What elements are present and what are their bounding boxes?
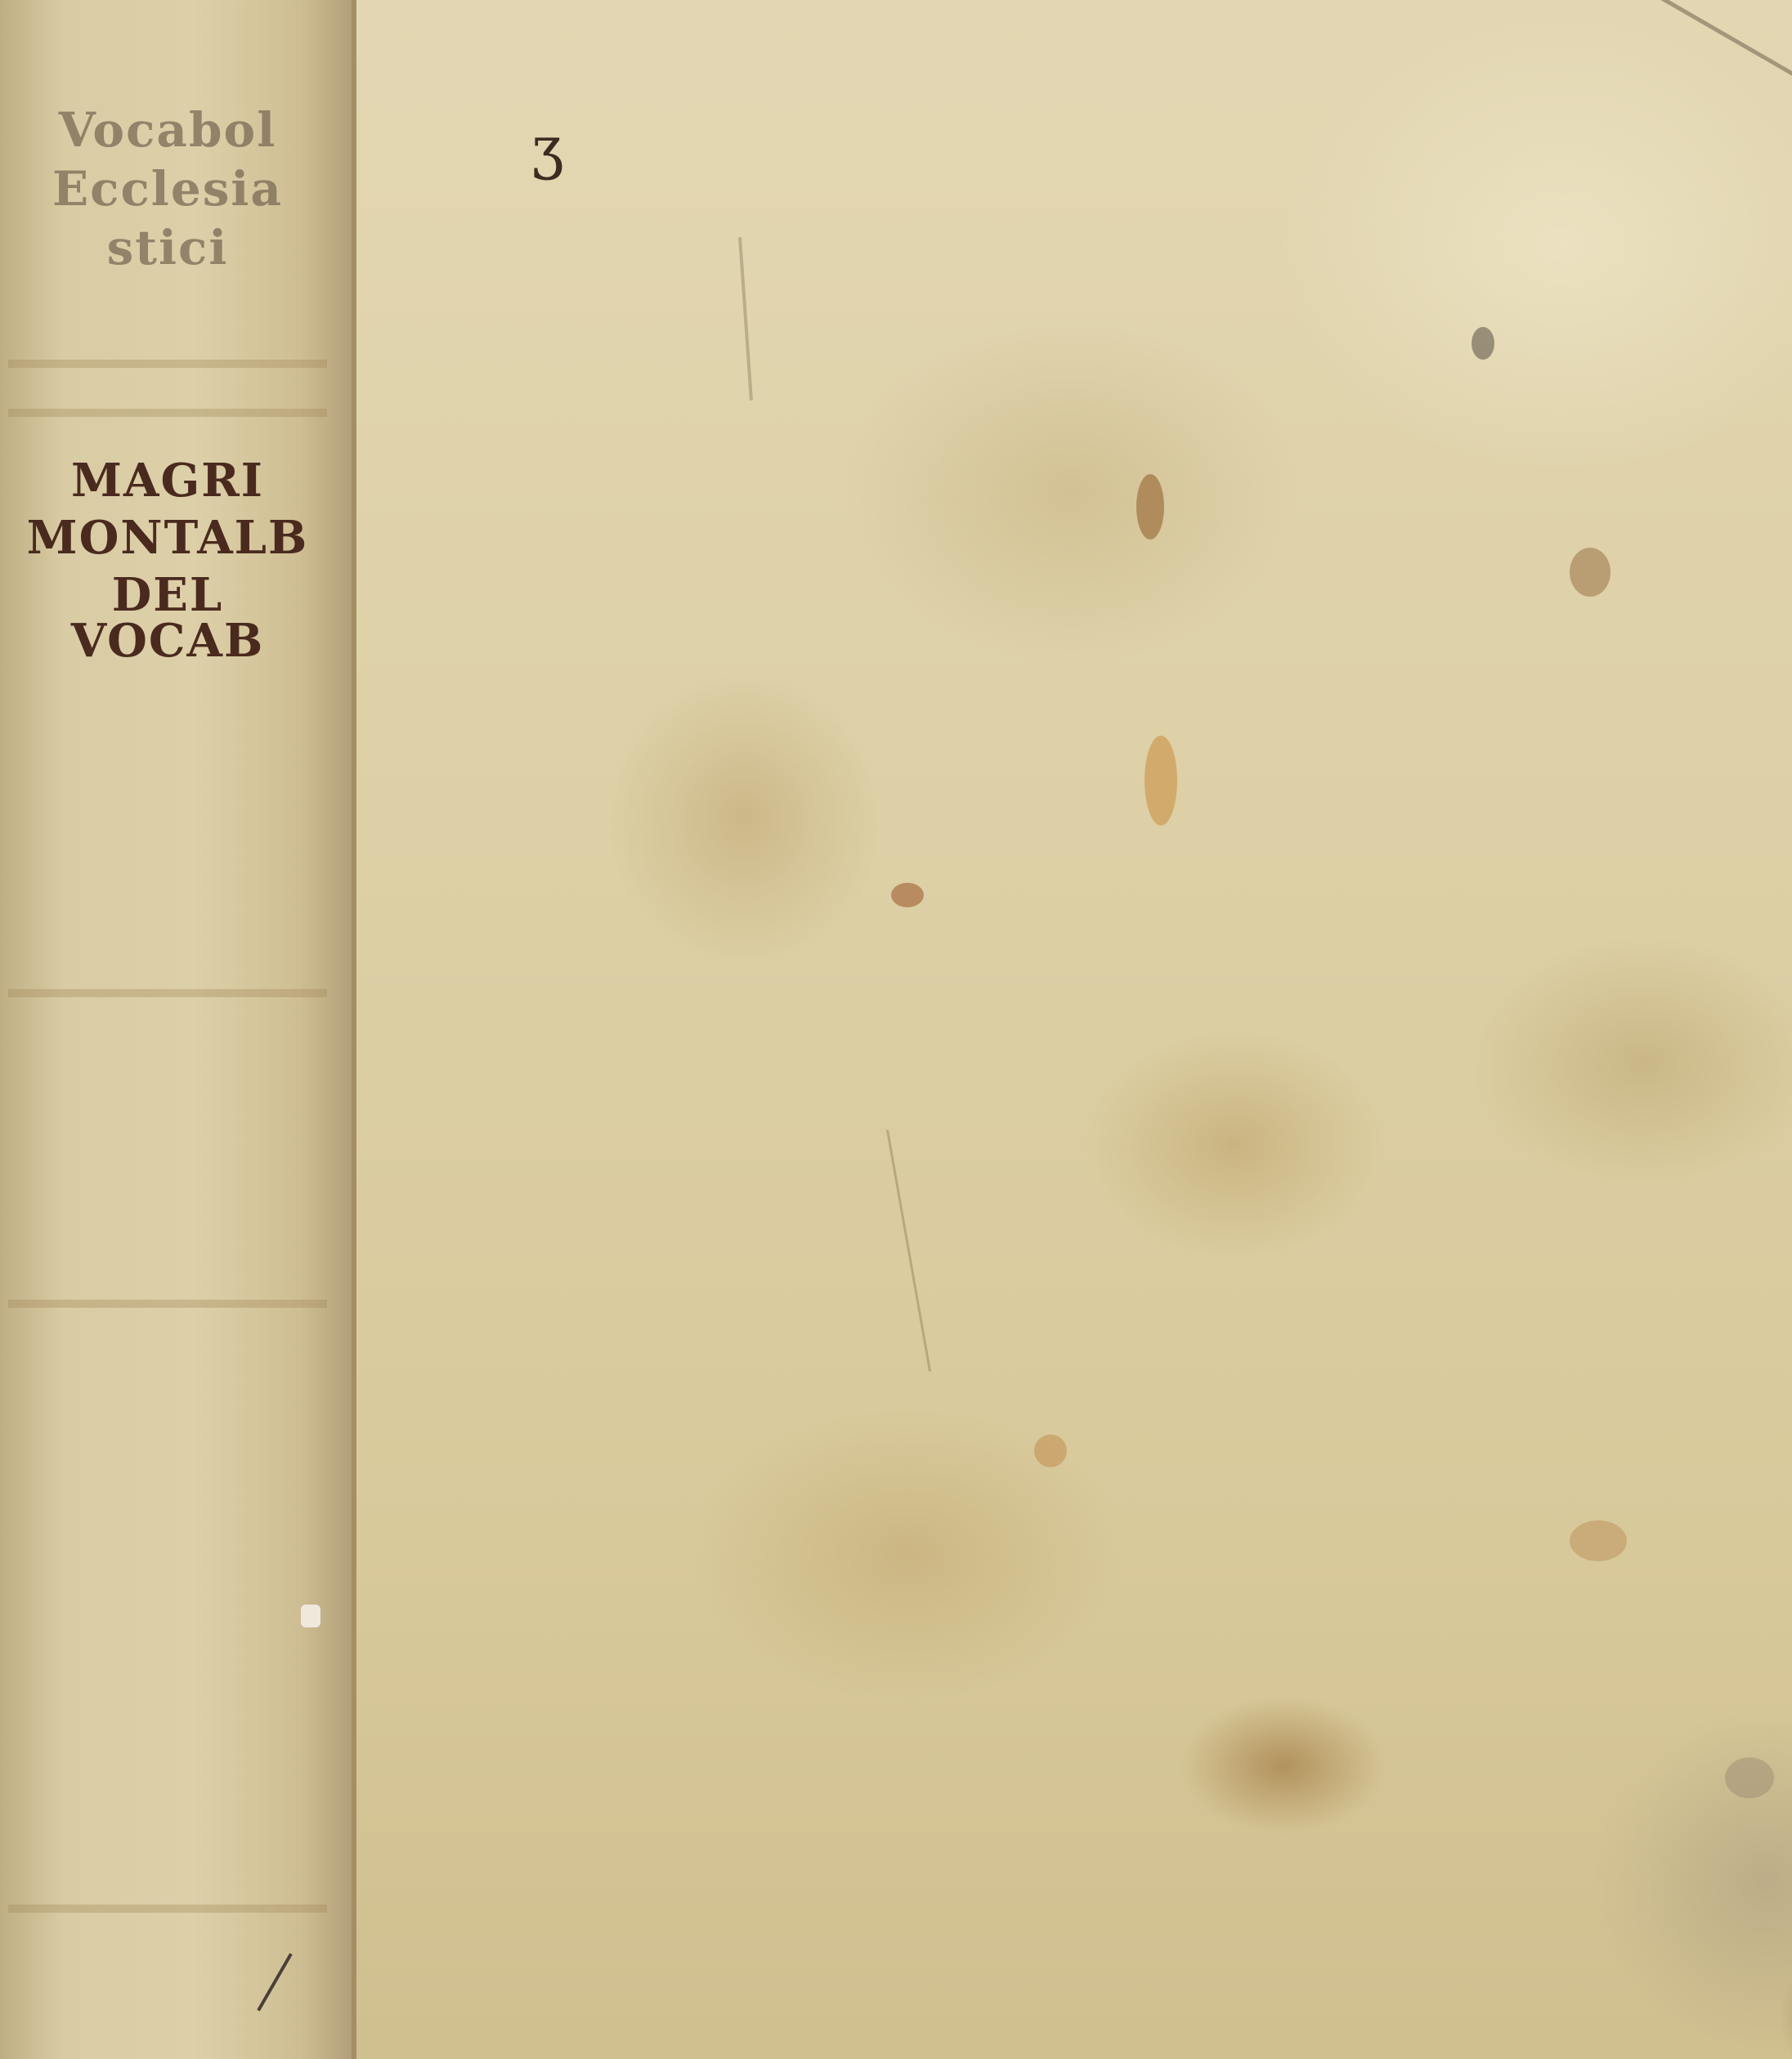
spine-title-lower: MAGRI MONTALB DEL VOCAB bbox=[8, 458, 327, 675]
spine-text: DEL VOCAB bbox=[8, 572, 327, 664]
book: ʒ Vocabol Ecclesia stici MAGRI MONTALB D… bbox=[0, 0, 1792, 2059]
stain bbox=[891, 883, 924, 907]
crease bbox=[1653, 0, 1792, 78]
stain bbox=[1034, 1435, 1067, 1467]
spine-band bbox=[8, 1905, 327, 1913]
spine-text: Vocabol bbox=[8, 106, 327, 154]
spine-text: stici bbox=[8, 224, 327, 271]
vellum-chip bbox=[301, 1605, 320, 1627]
stain bbox=[1570, 1520, 1627, 1561]
stain bbox=[1136, 474, 1164, 539]
stain bbox=[1570, 548, 1611, 597]
crease bbox=[738, 237, 753, 401]
stain bbox=[1725, 1757, 1774, 1798]
spine-band bbox=[8, 1300, 327, 1308]
front-cover bbox=[335, 0, 1792, 2059]
spine-tear bbox=[257, 1953, 334, 2035]
spine-text: MONTALB bbox=[8, 515, 327, 561]
spine-text: MAGRI bbox=[8, 458, 327, 504]
spine-text: Ecclesia bbox=[8, 165, 327, 213]
stain bbox=[1472, 327, 1494, 360]
spine-title-upper: Vocabol Ecclesia stici bbox=[8, 106, 327, 283]
spine-band bbox=[8, 989, 327, 997]
ink-mark: ʒ bbox=[531, 114, 564, 181]
spine: Vocabol Ecclesia stici MAGRI MONTALB DEL… bbox=[0, 0, 356, 2059]
spine-band bbox=[8, 409, 327, 417]
crease bbox=[886, 1130, 931, 1372]
spine-band bbox=[8, 360, 327, 368]
stain bbox=[1145, 736, 1177, 826]
